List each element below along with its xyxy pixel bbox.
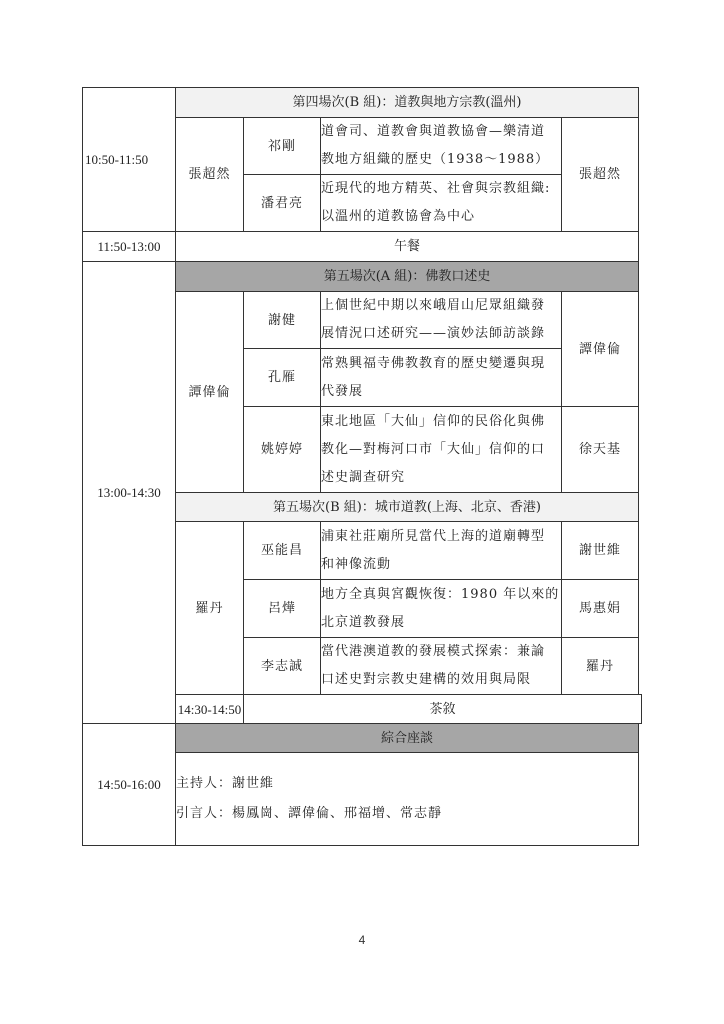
paper-title-line: 口述史對宗教史建構的效用與局限 xyxy=(321,666,561,694)
paper-title-cell: 道會司、道教會與道教協會—樂清道 教地方組織的歷史（1938～1988） xyxy=(321,118,562,175)
discussant-cell: 馬惠娟 xyxy=(562,580,639,638)
session-title: 綜合座談 xyxy=(176,724,639,753)
forum-details: 主持人：謝世維 引言人：楊鳳崗、譚偉倫、邢福增、常志靜 xyxy=(176,753,639,846)
presenter-cell: 孔雁 xyxy=(244,349,321,407)
forum-speakers: 引言人：楊鳳崗、譚偉倫、邢福增、常志靜 xyxy=(176,799,638,829)
schedule-table: 10:50-11:50 第四場次(B 組)：道教與地方宗教(溫州) 張超然 祁剛… xyxy=(82,87,642,846)
paper-title-line: 當代港澳道教的發展模式探索：兼論 xyxy=(321,638,561,666)
forum-header-row: 14:50-16:00 綜合座談 xyxy=(83,724,642,753)
session-5a-header-row: 13:00-14:30 第五場次(A 組)：佛教口述史 xyxy=(83,262,642,292)
paper-title-cell: 常熟興福寺佛教教育的歷史變遷與現 代發展 xyxy=(321,349,562,407)
page-number: 4 xyxy=(0,933,724,947)
lunch-row: 11:50-13:00 午餐 xyxy=(83,232,642,262)
paper-title-line: 地方全真與宮觀恢復：1980 年以來的 xyxy=(321,581,561,609)
paper-title-line: 展情況口述研究——演妙法師訪談錄 xyxy=(321,320,561,348)
presenter-cell: 呂燁 xyxy=(244,580,321,638)
moderator-cell: 譚偉倫 xyxy=(176,292,244,493)
paper-title-line: 東北地區「大仙」信仰的民俗化與佛 xyxy=(321,408,561,436)
presenter-cell: 祁剛 xyxy=(244,118,321,175)
moderator-cell: 羅丹 xyxy=(176,522,244,695)
paper-title-line: 和神像流動 xyxy=(321,551,561,579)
session-title: 第五場次(A 組)：佛教口述史 xyxy=(176,262,639,292)
paper-title-line: 以溫州的道教協會為中心 xyxy=(321,203,561,231)
paper-title-line: 近現代的地方精英、社會與宗教組織: xyxy=(321,175,561,203)
discussant-cell: 譚偉倫 xyxy=(562,292,639,407)
session-4b-header-row: 10:50-11:50 第四場次(B 組)：道教與地方宗教(溫州) xyxy=(83,88,642,118)
time-cell: 11:50-13:00 xyxy=(83,232,176,262)
paper-title-cell: 東北地區「大仙」信仰的民俗化與佛 教化—對梅河口市「大仙」信仰的口 述史調查研究 xyxy=(321,407,562,493)
break-label: 午餐 xyxy=(176,232,639,262)
paper-title-line: 述史調查研究 xyxy=(321,464,561,492)
paper-title-line: 上個世紀中期以來峨眉山尼眾組織發 xyxy=(321,292,561,320)
presenter-cell: 謝健 xyxy=(244,292,321,349)
paper-title-line: 浦東社莊廟所見當代上海的道廟轉型 xyxy=(321,523,561,551)
discussant-cell: 張超然 xyxy=(562,118,639,232)
forum-host: 主持人：謝世維 xyxy=(176,769,638,799)
paper-title-line: 教地方組織的歷史（1938～1988） xyxy=(321,146,561,174)
presenter-cell: 李志誠 xyxy=(244,638,321,695)
presenter-cell: 巫能昌 xyxy=(244,522,321,580)
discussant-cell: 羅丹 xyxy=(562,638,639,695)
time-cell: 13:00-14:30 xyxy=(83,262,176,724)
presenter-cell: 姚婷婷 xyxy=(244,407,321,493)
discussant-cell: 徐天基 xyxy=(562,407,639,493)
session-title: 第四場次(B 組)：道教與地方宗教(溫州) xyxy=(176,88,639,118)
document-page: 10:50-11:50 第四場次(B 組)：道教與地方宗教(溫州) 張超然 祁剛… xyxy=(0,0,724,1024)
paper-title-cell: 當代港澳道教的發展模式探索：兼論 口述史對宗教史建構的效用與局限 xyxy=(321,638,562,695)
time-cell: 14:30-14:50 xyxy=(176,695,244,724)
paper-title-cell: 近現代的地方精英、社會與宗教組織: 以溫州的道教協會為中心 xyxy=(321,175,562,232)
time-cell: 10:50-11:50 xyxy=(83,88,176,232)
presenter-cell: 潘君亮 xyxy=(244,175,321,232)
break-label: 茶敘 xyxy=(244,695,642,724)
paper-title-cell: 地方全真與宮觀恢復：1980 年以來的 北京道教發展 xyxy=(321,580,562,638)
time-cell: 14:50-16:00 xyxy=(83,724,176,846)
paper-title-cell: 浦東社莊廟所見當代上海的道廟轉型 和神像流動 xyxy=(321,522,562,580)
moderator-cell: 張超然 xyxy=(176,118,244,232)
paper-title-line: 教化—對梅河口市「大仙」信仰的口 xyxy=(321,436,561,464)
paper-title-cell: 上個世紀中期以來峨眉山尼眾組織發 展情況口述研究——演妙法師訪談錄 xyxy=(321,292,562,349)
paper-title-line: 常熟興福寺佛教教育的歷史變遷與現 xyxy=(321,350,561,378)
paper-title-line: 北京道教發展 xyxy=(321,609,561,637)
discussant-cell: 謝世維 xyxy=(562,522,639,580)
paper-title-line: 道會司、道教會與道教協會—樂清道 xyxy=(321,118,561,146)
paper-title-line: 代發展 xyxy=(321,378,561,406)
session-title: 第五場次(B 組)：城市道教(上海、北京、香港) xyxy=(176,493,639,522)
